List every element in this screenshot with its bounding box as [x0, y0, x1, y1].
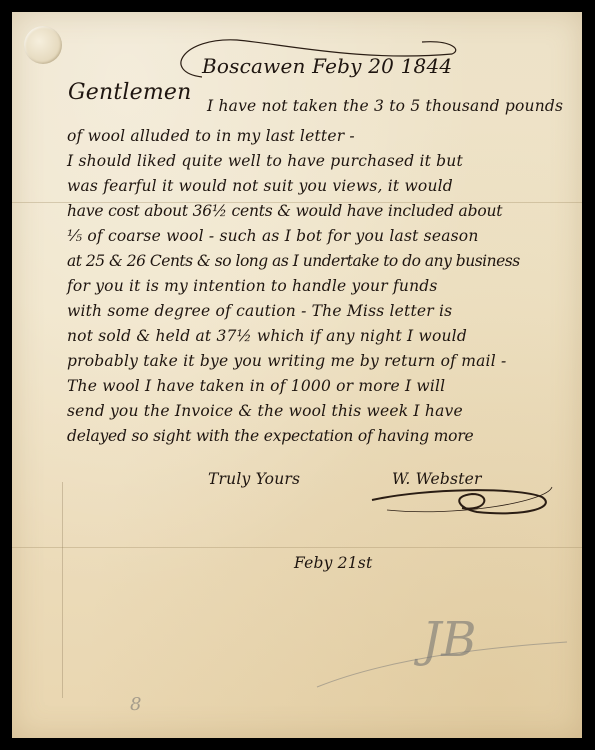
fold-line: [62, 482, 63, 698]
fold-line: [12, 547, 582, 548]
postscript-date: Feby 21st: [294, 554, 372, 572]
place-date: Boscawen Feby 20 1844: [202, 54, 452, 78]
body-line: for you it is my intention to handle you…: [67, 277, 438, 295]
pencil-stroke-icon: [312, 632, 572, 692]
body-line: delayed so sight with the expectation of…: [67, 427, 474, 445]
body-line: I should liked quite well to have purcha…: [67, 152, 463, 170]
closing: Truly Yours: [208, 470, 300, 488]
body-line: with some degree of caution - The Miss l…: [67, 302, 452, 320]
pencil-mark: 8: [130, 694, 141, 715]
body-line: I have not taken the 3 to 5 thousand pou…: [207, 97, 563, 115]
body-line: probably take it bye you writing me by r…: [67, 352, 506, 370]
body-line: at 25 & 26 Cents & so long as I undertak…: [67, 252, 520, 270]
body-line: send you the Invoice & the wool this wee…: [67, 402, 463, 420]
body-line: was fearful it would not suit you views,…: [67, 177, 453, 195]
embossed-seal-icon: [24, 26, 62, 64]
body-line: ⅕ of coarse wool - such as I bot for you…: [67, 227, 479, 245]
letter-paper: Boscawen Feby 20 1844 Gentlemen I have n…: [12, 12, 582, 738]
signature-flourish-icon: [367, 482, 567, 527]
body-line: have cost about 36½ cents & would have i…: [67, 202, 502, 220]
salutation: Gentlemen: [68, 80, 192, 105]
body-line: of wool alluded to in my last letter -: [67, 127, 355, 145]
body-line: not sold & held at 37½ which if any nigh…: [67, 327, 467, 345]
body-line: The wool I have taken in of 1000 or more…: [67, 377, 445, 395]
